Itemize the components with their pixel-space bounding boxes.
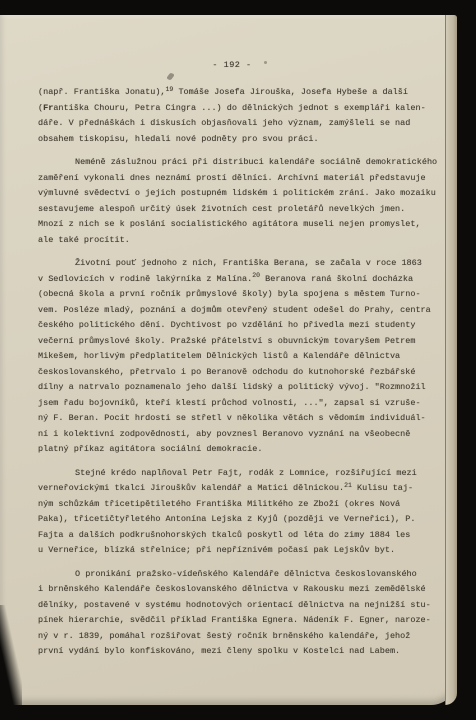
text-line: ný F. Beran. Pocit hrdosti se střetl v n… (38, 411, 440, 427)
footnote-ref: 19 (166, 86, 174, 93)
text-line: Fajta a dalších podkrušnohorských tkalců… (38, 528, 440, 544)
text-block: (např. Františka Jonatu),19 Tomáše Josef… (38, 85, 440, 668)
text-line: dílny a natrvalo poznamenalo jeho další … (38, 380, 440, 396)
text-line: sestavujeme alespoň určitý úsek životníc… (38, 202, 440, 218)
text-line: O pronikání pražsko-vídeňského Kalendáře… (38, 567, 440, 583)
text-line: Mnozí z nich se k poslání socialistickéh… (38, 217, 440, 233)
text-line: pínek hierarchie, svědčil příklad Franti… (38, 613, 440, 629)
text-line: (Františka Chouru, Petra Cingra ...) do … (38, 101, 440, 117)
text-line: obsahem tiskopisu, hledali nové podněty … (38, 132, 440, 148)
paragraph: O pronikání pražsko-vídeňského Kalendáře… (38, 567, 440, 660)
footnote-ref: 21 (344, 482, 352, 489)
text-line: v Sedlovicích v rodině lakýrníka z Malín… (38, 272, 440, 288)
book-page: - 192 - (např. Františka Jonatu),19 Tomá… (0, 15, 457, 705)
text-line: (např. Františka Jonatu),19 Tomáše Josef… (38, 85, 440, 101)
text-line: zaměření vykonali dnes neznámí prostí dě… (38, 171, 440, 187)
page-corner-shadow (0, 605, 22, 705)
ink-smudge (166, 73, 175, 81)
text-line: dělníky, postavené v systému hodnotových… (38, 598, 440, 614)
text-line: Mikešem, horlivým předplatitelem Dělnick… (38, 349, 440, 365)
text-line: Stejné krédo naplňoval Petr Fajt, rodák … (38, 466, 440, 482)
text-line: platný příkaz agitátora sociální demokra… (38, 442, 440, 458)
text-line: dáře. V přednáškách i diskusích objasňov… (38, 116, 440, 132)
page-number: - 192 - (38, 59, 426, 72)
text-line: Paka), třicetičtyřletého Antonína Lejska… (38, 512, 440, 528)
footnote-ref: 20 (252, 272, 260, 279)
text-line: ale také procítit. (38, 233, 440, 249)
text-line: českoslovanského, přetrvalo i po Beranov… (38, 365, 440, 381)
paragraph: Stejné krédo naplňoval Petr Fajt, rodák … (38, 466, 440, 559)
text-line: výmluvné svědectví o jejich postupném li… (38, 186, 440, 202)
text-line: vem. Posléze mladý, poznání a dojmům ote… (38, 303, 440, 319)
paragraph: Životní pouť jednoho z nich, Františka B… (38, 256, 440, 458)
text-line: u Verneřice, blízká střelnice; při nepří… (38, 543, 440, 559)
paragraph: (např. Františka Jonatu),19 Tomáše Josef… (38, 85, 440, 147)
text-line: večerní průmyslové školy. Pražské přátel… (38, 334, 440, 350)
text-line: (obecná škola a první ročník průmyslové … (38, 287, 440, 303)
text-line: Neméně záslužnou práci při distribuci ka… (38, 155, 440, 171)
text-line: první vydání bylo konfiskováno, mezi čle… (38, 644, 440, 660)
text-line: českého politického dění. Dychtivost po … (38, 318, 440, 334)
text-line: ný v r. 1839, pomáhal rozšiřovat šestý r… (38, 629, 440, 645)
text-line: ní i kolektivní zodpovědnosti, aby povzn… (38, 427, 440, 443)
text-line: ným schůzkám třicetipětiletého Františka… (38, 497, 440, 513)
text-line: jsem řadu bojovníků, kteří klestí průcho… (38, 396, 440, 412)
book-fore-edge (445, 15, 457, 705)
text-line: i brněnského Kalendáře českoslovanského … (38, 582, 440, 598)
text-line: Životní pouť jednoho z nich, Františka B… (38, 256, 440, 272)
paragraph: Neméně záslužnou práci při distribuci ka… (38, 155, 440, 248)
scan-background: - 192 - (např. Františka Jonatu),19 Tomá… (0, 0, 476, 720)
text-line: verneřovickými tkalci Jirouškův kalendář… (38, 481, 440, 497)
